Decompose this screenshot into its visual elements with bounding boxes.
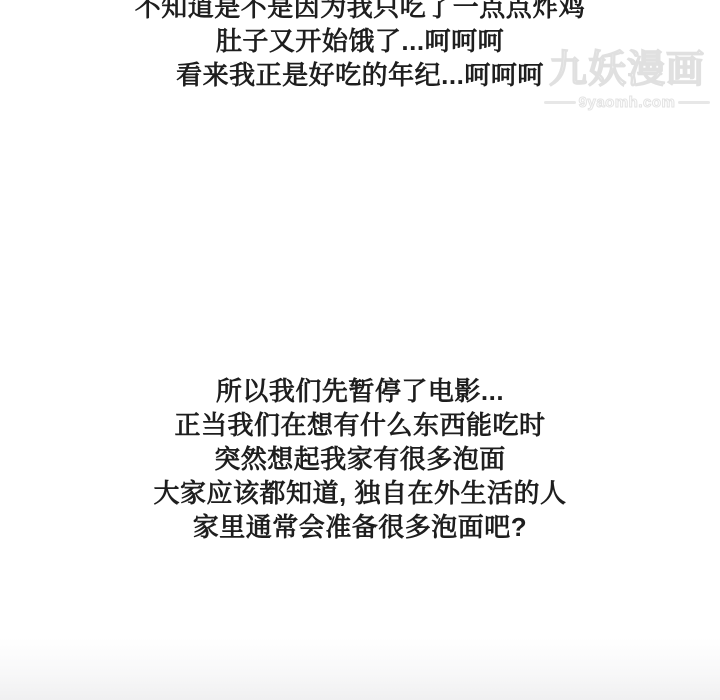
narration-block-top: 不知道是不是因为我只吃了一点点炸鸡 肚子又开始饿了...呵呵呵 看来我正是好吃的…: [0, 0, 720, 92]
narration-line: 突然想起我家有很多泡面: [0, 442, 720, 476]
narration-line: 家里通常会准备很多泡面吧?: [0, 510, 720, 544]
narration-line: 大家应该都知道, 独自在外生活的人: [0, 476, 720, 510]
watermark-site-url: 9yaomh.com: [576, 94, 679, 111]
narration-line: 所以我们先暂停了电影...: [0, 374, 720, 408]
narration-line: 肚子又开始饿了...呵呵呵: [0, 24, 720, 58]
narration-line: 正当我们在想有什么东西能吃时: [0, 408, 720, 442]
bottom-fade-gradient: [0, 638, 720, 700]
watermark-dash-right: [678, 101, 710, 104]
comic-page[interactable]: 不知道是不是因为我只吃了一点点炸鸡 肚子又开始饿了...呵呵呵 看来我正是好吃的…: [0, 0, 720, 700]
narration-block-middle: 所以我们先暂停了电影... 正当我们在想有什么东西能吃时 突然想起我家有很多泡面…: [0, 374, 720, 544]
narration-line: 看来我正是好吃的年纪...呵呵呵: [0, 58, 720, 92]
watermark-dash-left: [544, 101, 576, 104]
narration-line: 不知道是不是因为我只吃了一点点炸鸡: [0, 0, 720, 24]
watermark-url-row: 9yaomh.com: [542, 94, 712, 111]
